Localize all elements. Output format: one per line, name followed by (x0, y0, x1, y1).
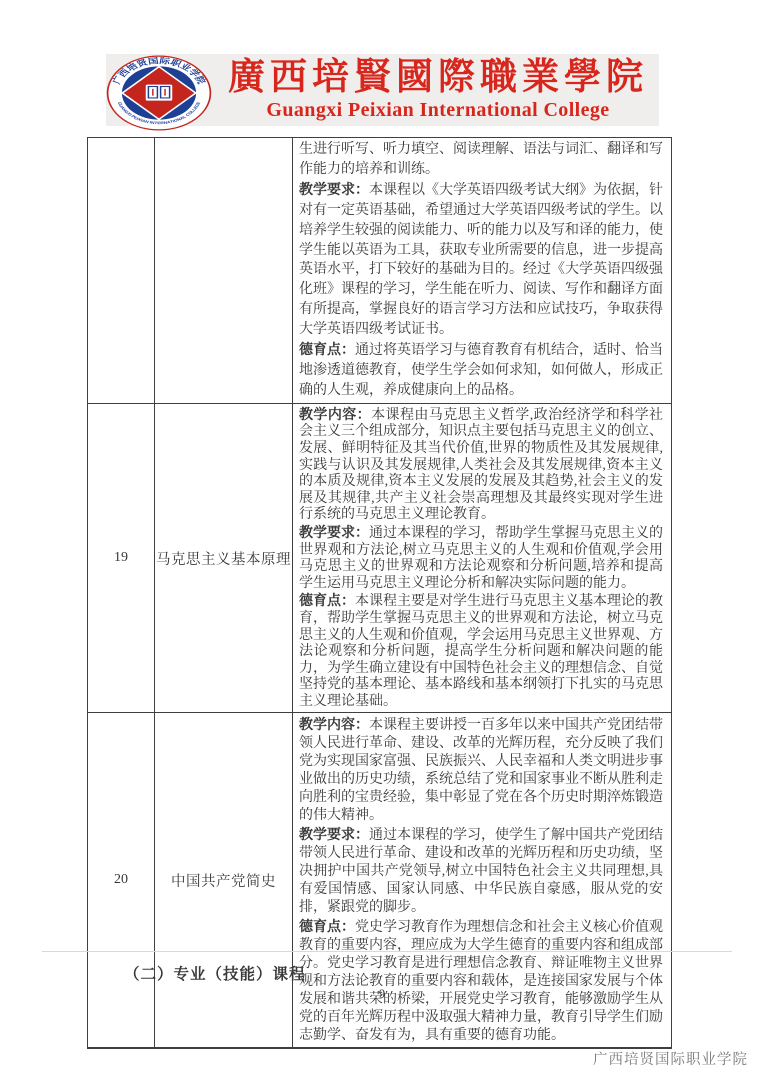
para-label: 德育点： (299, 341, 355, 357)
course-table-body: 生进行听写、听力填空、阅读理解、语法与词汇、翻译和写作能力的培养和训练。教学要求… (88, 138, 672, 1049)
logo-book-icon (146, 85, 173, 101)
para-label: 教学内容： (299, 716, 369, 732)
desc-paragraph: 德育点：党史学习教育作为理想信念和社会主义核心价值观教育的重要内容，理应成为大学… (299, 917, 663, 1045)
college-logo-icon: 广西培贤国际职业学院 GUANGXI PEIXIAN INTERNATIONAL… (106, 55, 212, 131)
course-desc-cell: 教学内容：本课程由马克思主义哲学,政治经济学和科学社会主义三个组成部分，知识点主… (293, 403, 672, 713)
row-number-cell (88, 138, 155, 404)
para-label: 德育点： (299, 918, 355, 934)
desc-paragraph: 德育点：本课程主要是对学生进行马克思主义基本理论的教育，帮助学生掌握马克思主义的… (299, 592, 663, 710)
college-logo: 广西培贤国际职业学院 GUANGXI PEIXIAN INTERNATIONAL… (106, 55, 212, 131)
course-name-cell: 马克思主义基本原理 (155, 403, 293, 713)
page-rule-line (42, 951, 732, 952)
desc-paragraph: 教学要求：通过本课程的学习，帮助学生掌握马克思主义的世界观和方法论,树立马克思主… (299, 524, 663, 592)
desc-paragraph: 教学要求：本课程以《大学英语四级考试大纲》为依据，针对有一定英语基础，希望通过大… (299, 180, 663, 340)
para-label: 教学内容： (299, 406, 371, 422)
course-table: 生进行听写、听力填空、阅读理解、语法与词汇、翻译和写作能力的培养和训练。教学要求… (87, 137, 672, 1049)
desc-paragraph: 教学内容：本课程主要讲授一百多年以来中国共产党团结带领人民进行革命、建设、改革的… (299, 715, 663, 825)
para-label: 教学要求： (299, 826, 369, 842)
course-desc-cell: 生进行听写、听力填空、阅读理解、语法与词汇、翻译和写作能力的培养和训练。教学要求… (293, 138, 672, 404)
table-row: 生进行听写、听力填空、阅读理解、语法与词汇、翻译和写作能力的培养和训练。教学要求… (88, 138, 672, 404)
table-row: 19马克思主义基本原理教学内容：本课程由马克思主义哲学,政治经济学和科学社会主义… (88, 403, 672, 713)
page-number: 9 (0, 987, 764, 1002)
para-label: 教学要求： (299, 524, 369, 540)
row-number-cell: 19 (88, 403, 155, 713)
college-name-en: Guangxi Peixian International College (216, 99, 660, 122)
footer-watermark: 广西培贤国际职业学院 (593, 1048, 748, 1069)
desc-paragraph: 教学要求：通过本课程的学习，使学生了解中国共产党团结带领人民进行革命、建设和改革… (299, 825, 663, 917)
para-label: 教学要求： (299, 181, 369, 197)
desc-paragraph: 德育点：通过将英语学习与德育教育有机结合，适时、恰当地渗透道德教育，使学生学会如… (299, 340, 663, 401)
section-heading: （二）专业（技能）课程 (124, 962, 306, 984)
college-name-zh: 廣西培賢國際職業學院 (216, 56, 660, 100)
desc-paragraph: 生进行听写、听力填空、阅读理解、语法与词汇、翻译和写作能力的培养和训练。 (299, 140, 663, 180)
para-label: 德育点： (299, 592, 355, 608)
desc-paragraph: 教学内容：本课程由马克思主义哲学,政治经济学和科学社会主义三个组成部分，知识点主… (299, 406, 663, 524)
course-name-cell (155, 138, 293, 404)
